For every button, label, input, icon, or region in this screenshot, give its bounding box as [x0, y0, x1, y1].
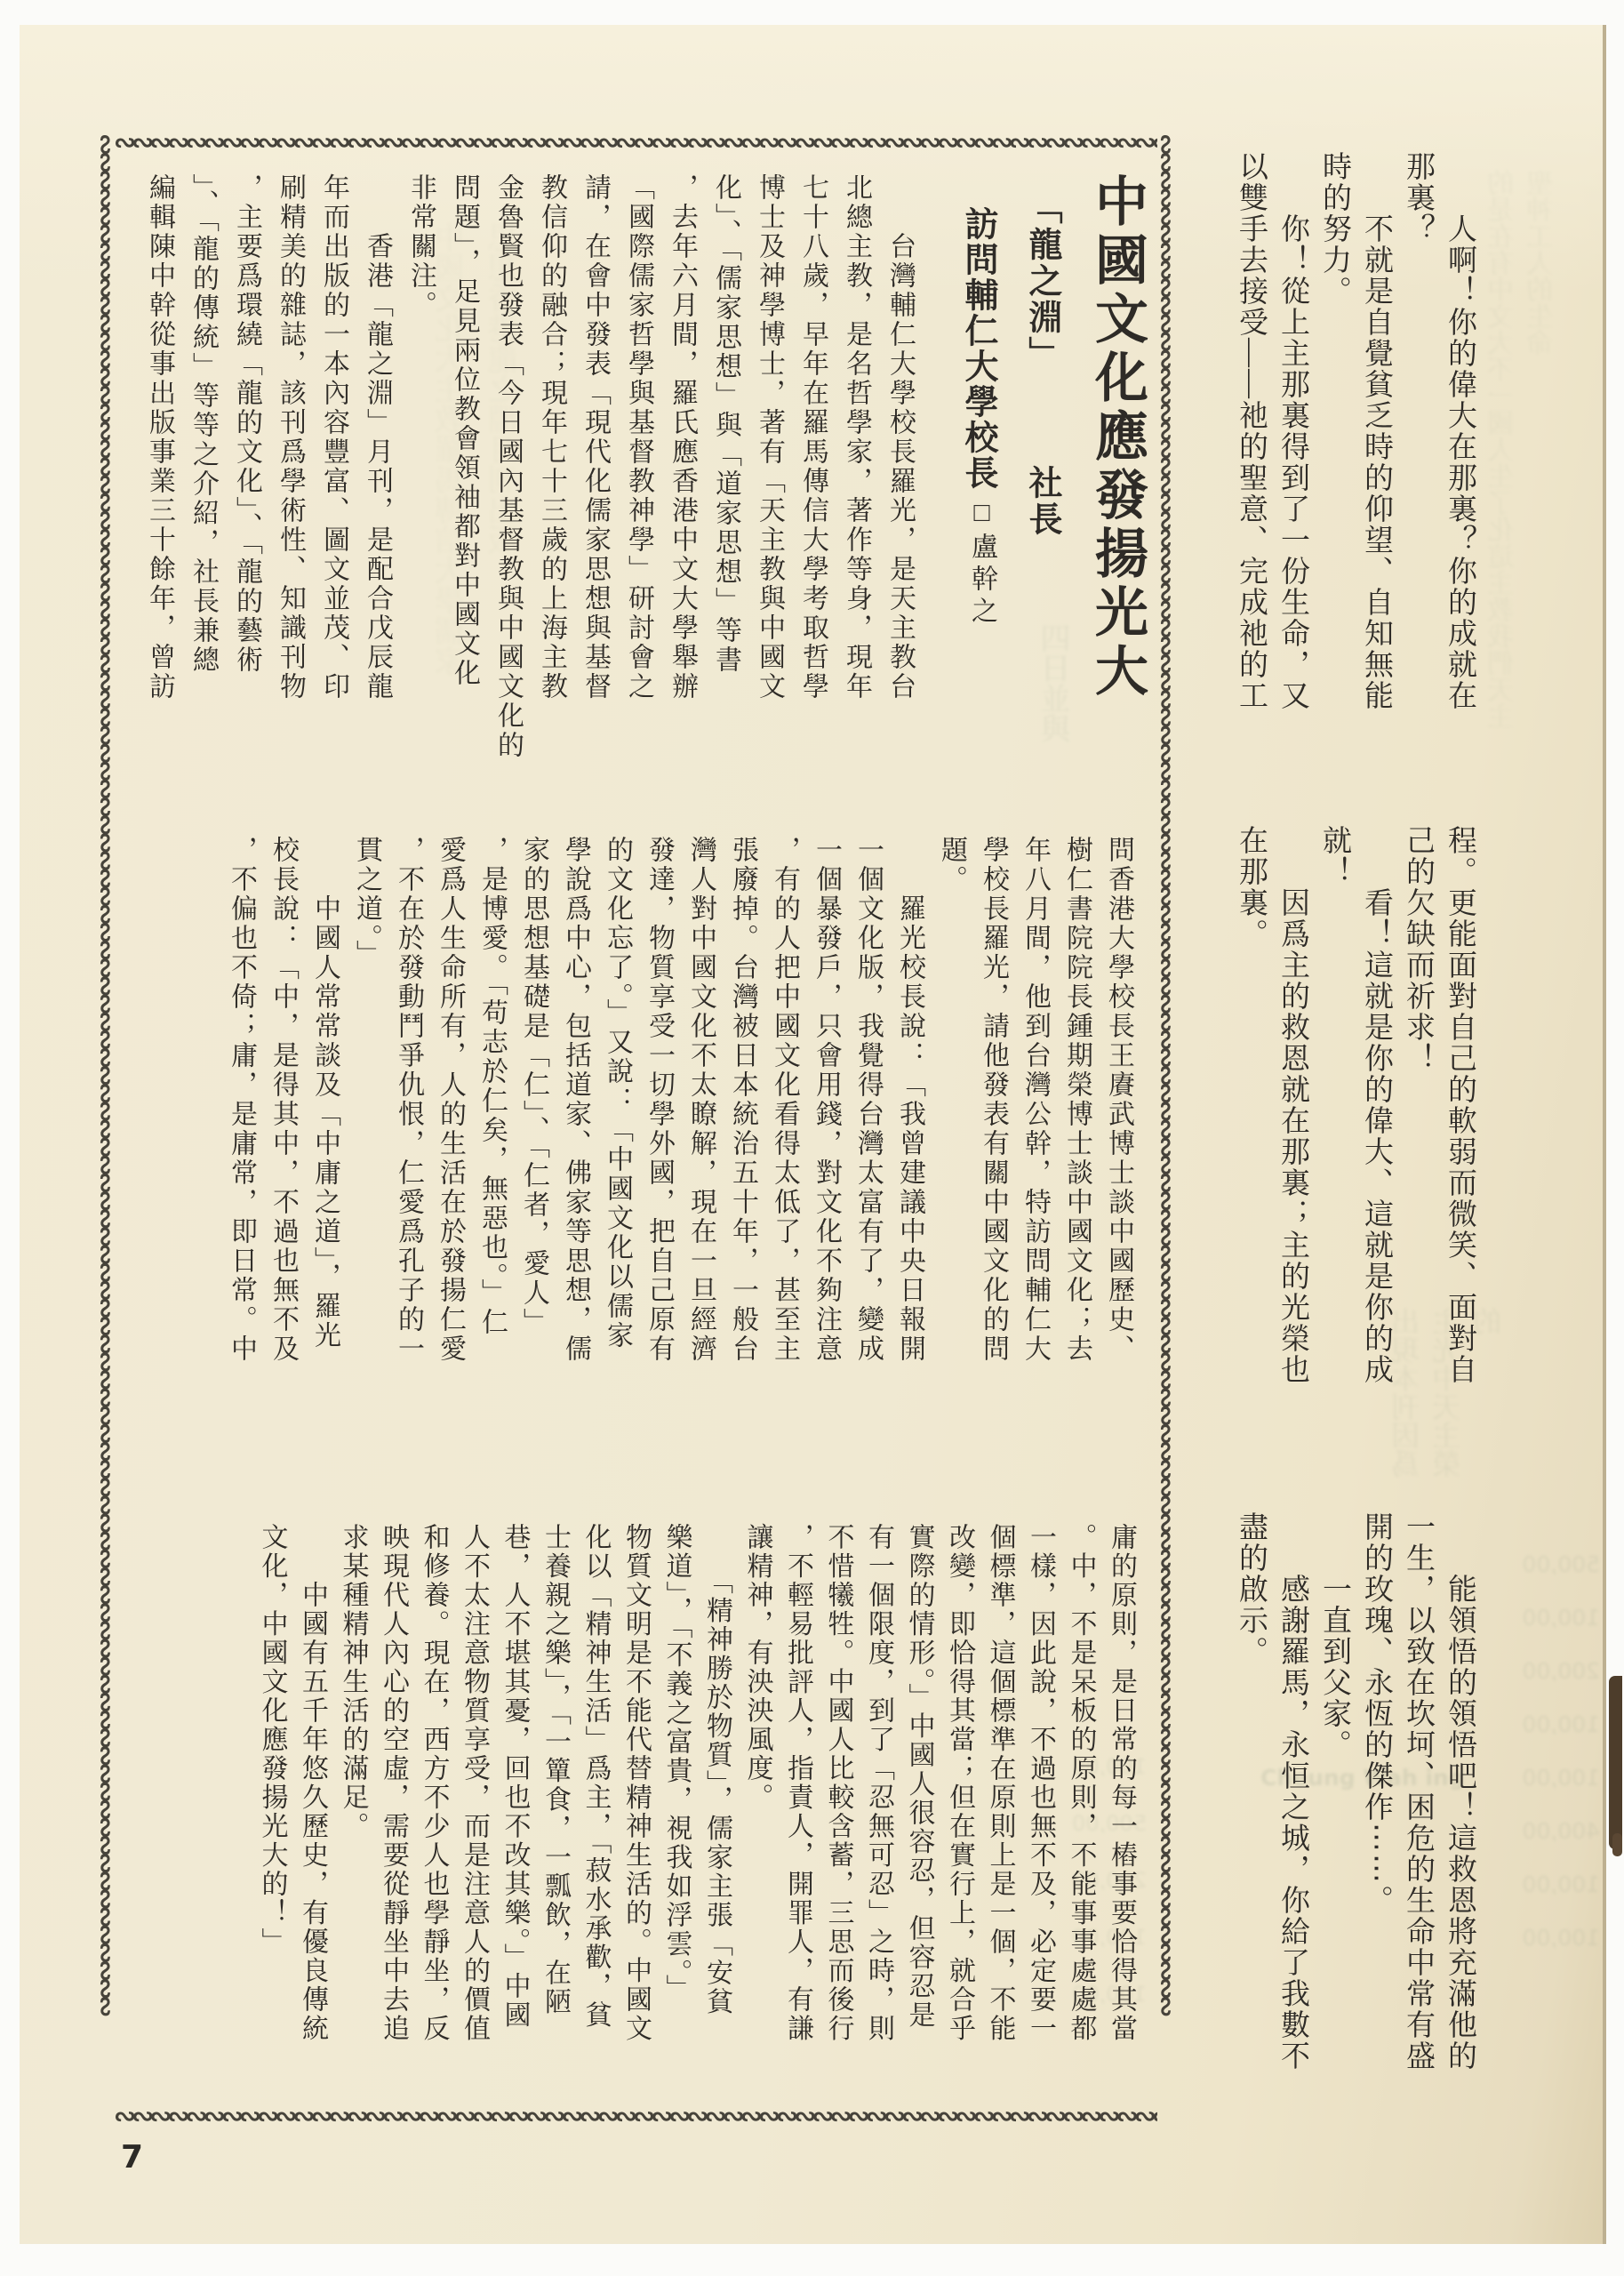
text-column: 灣人對中國文化不太瞭解，現在一旦經濟: [680, 836, 722, 1442]
text-column: ，主要爲環繞「龍的文化」、「龍的藝術: [225, 173, 268, 774]
text-column: 非常關注。: [399, 173, 443, 774]
text-column: 那裏？: [1396, 151, 1438, 773]
text-column: 家的思想基礎是「仁」、「仁者，愛人」: [513, 836, 555, 1442]
text-column: 一生，以致在坎坷、困危的生命中常有盛: [1396, 1511, 1438, 2105]
page-number: 7: [121, 2139, 143, 2176]
text-column: ，有的人把中國文化看得太低了，甚至主: [764, 836, 805, 1442]
text-column: 在那裏。: [1229, 825, 1271, 1401]
text-column: 映現代人內心的空虛，需要從靜坐中去追: [373, 1523, 414, 2110]
article-band-1: 台灣輔仁大學校長羅光，是天主教台北總主教，是名哲學家，著作等身，現年七十八歲，早…: [136, 173, 922, 774]
text-column: 改變，即恰得其當；但在實行上，就合乎: [940, 1523, 980, 2110]
article-band-2: 問香港大學校長王賡武博士談中國歷史、樹仁書院院長鍾期榮博士談中國文化；去年八月間…: [219, 836, 1140, 1442]
text-column: 中國有五千年悠久歷史，有優良傳統: [292, 1523, 333, 2110]
chain-border-right-icon: ∾∾∾∾∾∾∾∾∾∾∾∾∾∾∾∾∾∾∾∾∾∾∾∾∾∾∾∾∾∾∾∾∾∾∾∾∾∾∾∾…: [1153, 133, 1177, 2129]
text-column: 請，在會中發表「現代化儒家思想與基督: [573, 173, 617, 774]
text-column: 七十八歲，早年在羅馬傳信大學考取哲學: [791, 173, 835, 774]
text-column: 不就是自覺貧乏時的仰望、自知無能: [1355, 151, 1396, 773]
chain-border-left-icon: ∾∾∾∾∾∾∾∾∾∾∾∾∾∾∾∾∾∾∾∾∾∾∾∾∾∾∾∾∾∾∾∾∾∾∾∾∾∾∾∾…: [92, 133, 116, 2129]
chain-border-top-icon: ∾∾∾∾∾∾∾∾∾∾∾∾∾∾∾∾∾∾∾∾∾∾∾∾∾∾∾∾∾∾∾∾∾∾∾∾∾∾∾∾…: [114, 132, 1157, 156]
text-column: 年而出版的一本內容豐富、圖文並茂、印: [312, 173, 356, 774]
text-column: 一個文化版，我覺得台灣太富有了，變成: [847, 836, 889, 1442]
text-column: 個標準，這個標準在原則上是一個，不能: [980, 1523, 1020, 2110]
text-column: 貫之道。」: [346, 836, 388, 1442]
text-column: 感謝羅馬，永恒之城，你給了我數不: [1271, 1511, 1313, 2105]
text-column: 博士及神學博士，著有「天主教與中國文: [748, 173, 791, 774]
text-column: 人啊！你的偉大在那裏？你的成就在: [1438, 151, 1480, 773]
text-column: 中國人常常談及「中庸之道」，羅光: [304, 836, 346, 1442]
text-column: 就！: [1313, 825, 1355, 1401]
text-column: 時的努力。: [1313, 151, 1355, 773]
text-column: 一樣，因此說，不過也無不及，必定要一: [1020, 1523, 1061, 2110]
text-column: ，去年六月間，羅氏應香港中文大學舉辦: [660, 173, 704, 774]
text-column: 樂道」，「不義之富貴，視我如浮雲。」: [656, 1523, 697, 2110]
text-column: 因爲主的救恩就在那裏；主的光榮也: [1271, 825, 1313, 1401]
text-column: 發達，物質享受一切學外國，把自己原有: [638, 836, 680, 1442]
text-column: 一個暴發戶，只會用錢，對文化不夠注意: [805, 836, 847, 1442]
text-column: 學校長羅光，請他發表有關中國文化的問: [972, 836, 1014, 1442]
text-column: 有一個限度，到了「忍無可忍」之時，則: [859, 1523, 900, 2110]
text-column: 刷精美的雜誌，該刊爲學術性、知識刊物: [268, 173, 312, 774]
text-column: 士養親之樂」，「一簞食，一瓢飲，在陋: [535, 1523, 576, 2110]
margin-poem-stanza-3: 能領悟的領悟吧！這救恩將充滿他的一生，以致在坎坷、困危的生命中常有盛開的玫瑰、永…: [1229, 1511, 1480, 2105]
text-column: 求某種精神生活的滿足。: [332, 1523, 373, 2110]
article-subtitle-interview: 訪問輔仁大學校長: [956, 206, 1000, 526]
text-column: ，不輕易批評人，指責人，開罪人，有謙: [778, 1523, 819, 2110]
text-column: 巷，人不堪其憂，回也不改其樂。」中國: [494, 1523, 535, 2110]
text-column: 物質文明是不能代替精神生活的。中國文: [616, 1523, 657, 2110]
text-column: 校長說：「中，是得其中，不過也無不及: [262, 836, 304, 1442]
margin-poem-stanza-2: 程。更能面對自己的軟弱而微笑、面對自己的欠缺而祈求！ 看！這就是你的偉大、這就是…: [1229, 825, 1480, 1401]
text-column: 看！這就是你的偉大、這就是你的成: [1355, 825, 1396, 1401]
article-band-3: 庸的原則，是日常的每一樁事要恰得其當。中，不是呆板的原則，不能事事處處都一樣，因…: [252, 1523, 1141, 2110]
text-column: 學說爲中心，包括道家、佛家等思想，儒: [555, 836, 596, 1442]
binding-edge-mark-small: [1612, 1833, 1622, 1856]
text-column: 化」、「儒家思想」與「道家思想」等書: [704, 173, 748, 774]
text-column: 庸的原則，是日常的每一樁事要恰得其當: [1101, 1523, 1142, 2110]
text-column: 以雙手去接受——祂的聖意、完成祂的工: [1229, 151, 1271, 773]
text-column: 和修養。現在，西方不少人也學靜坐，反: [413, 1523, 454, 2110]
margin-poem-stanza-1: 人啊！你的偉大在那裏？你的成就在那裏？ 不就是自覺貧乏時的仰望、自知無能時的努力…: [1229, 151, 1480, 773]
text-column: 題。: [931, 836, 972, 1442]
text-column: ，不在於發動鬥爭仇恨，仁愛爲孔子的一: [388, 836, 429, 1442]
text-column: 能領悟的領悟吧！這救恩將充滿他的: [1438, 1511, 1480, 2105]
text-column: 羅光校長說：「我曾建議中央日報開: [889, 836, 931, 1442]
text-column: 張廢掉。台灣被日本統治五十年，一般台: [722, 836, 764, 1442]
text-column: 北總主教，是名哲學家，著作等身，現年: [835, 173, 878, 774]
text-column: 你！從上主那裏得到了一份生命，又: [1271, 151, 1313, 773]
text-column: 。中，不是呆板的原則，不能事事處處都: [1060, 1523, 1101, 2110]
text-column: 「精神勝於物質」，儒家主張「安貧: [697, 1523, 738, 2110]
text-column: 人不太注意物質享受，而是注意人的價值: [454, 1523, 495, 2110]
binding-edge-mark: [1609, 1676, 1622, 1849]
article-subtitle-publisher: 「龍之淵」 社長: [1017, 190, 1067, 617]
text-column: 實際的情形。」中國人很容忍，但容忍是: [899, 1523, 940, 2110]
text-column: 年八月間，他到台灣公幹，特訪問輔仁大: [1014, 836, 1056, 1442]
text-column: 盡的啟示。: [1229, 1511, 1271, 2105]
text-column: 教信仰的融合；現年七十三歲的上海主教: [530, 173, 573, 774]
author-byline: □盧幹之: [962, 498, 1001, 676]
text-column: 樹仁書院院長鍾期榮博士談中國文化；去: [1056, 836, 1098, 1442]
text-column: 」、「龍的傳統」等等之介紹，社長兼總: [181, 173, 225, 774]
text-column: 問題」，足見兩位教會領袖都對中國文化: [443, 173, 486, 774]
text-column: 編輯陳中幹從事出版事業三十餘年，曾訪: [138, 173, 181, 774]
text-column: 台灣輔仁大學校長羅光，是天主教台: [878, 173, 922, 774]
text-column: 愛爲人生命所有，人的生活在於發揚仁愛: [429, 836, 471, 1442]
text-column: 「國際儒家哲學與基督教神學」研討會之: [617, 173, 660, 774]
scanned-magazine-page: { "page": { "number": "7", "title": "中國文…: [0, 0, 1624, 2276]
text-column: 程。更能面對自己的軟弱而微笑、面對自: [1438, 825, 1480, 1401]
text-column: 金魯賢也發表「今日國內基督教與中國文化的: [486, 173, 530, 774]
text-column: 己的欠缺而祈求！: [1396, 825, 1438, 1401]
text-column: 開的玫瑰、永恆的傑作⋯⋯。: [1355, 1511, 1396, 2105]
text-column: 化以「精神生活」爲主，「菽水承歡，貧: [575, 1523, 616, 2110]
text-column: 一直到父家。: [1313, 1511, 1355, 2105]
text-column: 問香港大學校長王賡武博士談中國歷史、: [1098, 836, 1140, 1442]
text-column: ，不偏也不倚；庸，是庸常，即日常。中: [220, 836, 262, 1442]
page-edge-line: [1603, 25, 1606, 2244]
text-column: 不惜犧牲。中國人比較含蓄，三思而後行: [818, 1523, 859, 2110]
text-column: 文化，中國文化應發揚光大的！」: [252, 1523, 292, 2110]
text-column: 讓精神，有泱泱風度。: [737, 1523, 778, 2110]
text-column: 的文化忘了。」又說：「中國文化以儒家: [596, 836, 638, 1442]
text-column: 香港「龍之淵」月刊，是配合戊辰龍: [356, 173, 399, 774]
article-title: 中國文化應發揚光大: [1081, 173, 1154, 725]
text-column: ，是博愛。「苟志於仁矣，無惡也。」仁: [471, 836, 513, 1442]
